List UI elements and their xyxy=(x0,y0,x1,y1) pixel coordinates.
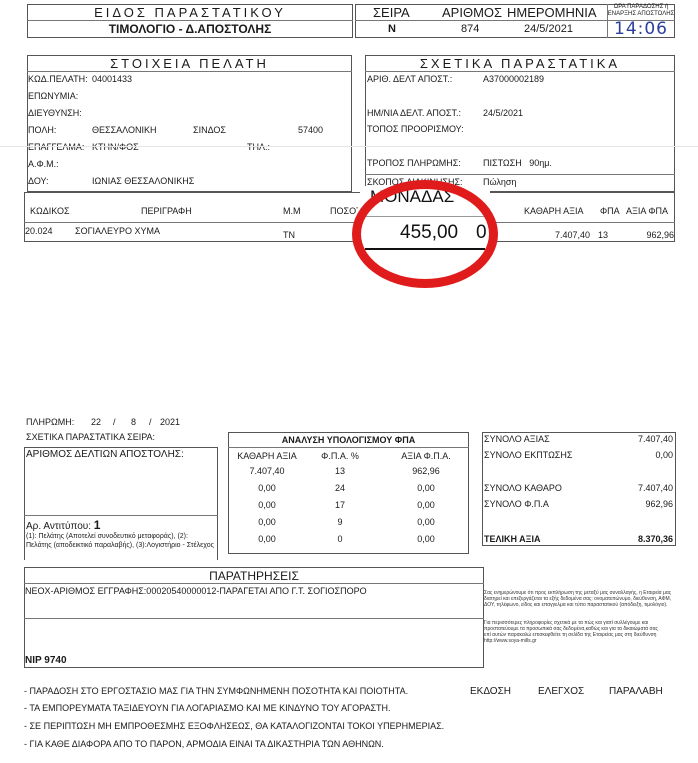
vat-col-header: Φ.Π.Α. % xyxy=(305,451,375,461)
col-unit: Μ.Μ xyxy=(283,206,301,216)
vat-cell: 0,00 xyxy=(388,517,464,527)
vat-cell: 9 xyxy=(305,517,375,527)
delivery-note-date-label: ΗΜ/ΝΙΑ ΔΕΛΤ. ΑΠΟΣΤ.: xyxy=(367,108,461,118)
item-vat-value: 962,96 xyxy=(620,230,674,240)
delivery-note-date-value: 24/5/2021 xyxy=(483,108,523,118)
vat-cell: 0,00 xyxy=(388,534,464,544)
date-separator: / xyxy=(113,417,116,427)
doc-type-value: ΤΙΜΟΛΟΓΙΟ - Δ.ΑΠΟΣΤΟΛΗΣ xyxy=(27,22,353,36)
customer-tax-office-value: ΙΩΝΙΑΣ ΘΕΣΣΑΛΟΝΙΚΗΣ xyxy=(92,176,194,186)
customer-phone-label: ΤΗΛ.: xyxy=(247,142,270,152)
customer-name-label: ΕΠΩΝΥΜΙΑ: xyxy=(28,91,78,101)
destination-label: ΤΟΠΟΣ ΠΡΟΟΡΙΣΜΟΥ: xyxy=(367,124,464,134)
red-circle-annotation xyxy=(352,180,498,288)
divider xyxy=(24,515,218,516)
vat-cell: 0,00 xyxy=(232,517,302,527)
vat-analysis-title: ΑΝΑΛΥΣΗ ΥΠΟΛΟΓΙΣΜΟΥ ΦΠΑ xyxy=(228,435,469,445)
customer-city-value: ΘΕΣΣΑΛΟΝΙΚΗ xyxy=(92,125,156,135)
payment-due-year: 2021 xyxy=(160,417,180,427)
series-value: N xyxy=(388,23,396,35)
divider xyxy=(24,222,675,223)
customer-vat-label: Α.Φ.Μ.: xyxy=(28,159,59,169)
divider xyxy=(365,174,675,175)
issue-label: ΕΚΔΟΣΗ xyxy=(470,686,511,697)
delivery-notes-label: ΑΡΙΘΜΟΣ ΔΕΛΤΙΩΝ ΑΠΟΣΤΟΛΗΣ: xyxy=(26,449,184,460)
item-unit: ΤΝ xyxy=(283,230,295,240)
vat-cell: 0,00 xyxy=(232,483,302,493)
nip-number: NIP 9740 xyxy=(25,655,67,666)
divider xyxy=(228,447,469,448)
customer-code-value: 04001433 xyxy=(92,74,132,84)
vat-cell: 962,96 xyxy=(388,466,464,476)
footer-term-4: - ΓΙΑ ΚΑΘΕ ΔΙΑΦΟΡΑ ΑΠΟ ΤΟ ΠΑΡΟΝ, ΑΡΜΟΔΙΑ… xyxy=(24,739,384,749)
customer-city-label: ΠΟΛΗ: xyxy=(28,125,56,135)
item-vat-rate: 13 xyxy=(598,230,608,240)
vat-cell: 7.407,40 xyxy=(232,466,302,476)
customer-code-label: ΚΩΔ.ΠΕΛΑΤΗ: xyxy=(28,74,88,84)
customer-tax-office-label: ΔΟΥ: xyxy=(28,176,49,186)
vat-cell: 0,00 xyxy=(388,500,464,510)
total-label: ΣΥΝΟΛΟ Φ.Π.Α xyxy=(484,499,549,509)
copy-label-text: Αρ. Αντιτύπου: xyxy=(26,521,91,532)
customer-title: ΣΤΟΙΧΕΙΑ ΠΕΛΑΤΗ xyxy=(27,56,352,71)
customer-address-label: ΔΙΕΥΘΥΝΣΗ: xyxy=(28,108,82,118)
vat-cell: 0,00 xyxy=(232,534,302,544)
total-value: 0,00 xyxy=(600,450,673,460)
number-label: ΑΡΙΘΜΟΣ xyxy=(442,5,502,20)
total-value: 962,96 xyxy=(600,499,673,509)
col-net-value: ΚΑΘΑΡΗ ΑΞΙΑ xyxy=(524,206,584,216)
remarks-title: ΠΑΡΑΤΗΡΗΣΕΙΣ xyxy=(24,569,484,583)
col-vat: ΦΠΑ xyxy=(600,206,620,216)
footer-term-2: - ΤΑ ΕΜΠΟΡΕΥΜΑΤΑ ΤΑΞΙΔΕΥΟΥΝ ΓΙΑ ΛΟΓΑΡΙΑΣ… xyxy=(24,703,391,713)
item-net-value: 7.407,40 xyxy=(520,230,590,240)
copy-legend: (1): Πελάτης (Αποτελεί συνοδευτικό μεταφ… xyxy=(26,533,214,550)
divider xyxy=(365,71,675,72)
col-vat-value: ΑΞΙΑ ΦΠΑ xyxy=(626,206,668,216)
payment-due-label: ΠΛΗΡΩΜΗ: xyxy=(26,417,74,427)
total-label: ΣΥΝΟΛΟ ΕΚΠΤΩΣΗΣ xyxy=(484,450,572,460)
footer-term-1: - ΠΑΡΑΔΟΣΗ ΣΤΟ ΕΡΓΟΣΤΑΣΙΟ ΜΑΣ ΓΙΑ ΤΗΝ ΣΥ… xyxy=(24,686,408,696)
item-code: 20.024 xyxy=(25,226,53,236)
col-quantity: ΠΟΣΟΤΗΤΑ xyxy=(330,206,358,216)
date-value: 24/5/2021 xyxy=(524,23,573,35)
related-series-label: ΣΧΕΤΙΚΑ ΠΑΡΑΣΤΑΤΙΚΑ ΣΕΙΡΑ: xyxy=(26,432,155,442)
related-docs-title: ΣΧΕΤΙΚΑ ΠΑΡΑΣΤΑΤΙΚΑ xyxy=(365,56,675,71)
vat-cell: 17 xyxy=(305,500,375,510)
customer-zip-value: 57400 xyxy=(298,125,323,135)
time-label: ΩΡΑ ΠΑΡΑΔΟΣΗΣ ή ΕΝΑΡΞΗΣ ΑΠΟΣΤΟΛΗΣ xyxy=(607,4,675,18)
copy-number: 1 xyxy=(94,518,101,532)
col-code: ΚΩΔΙΚΟΣ xyxy=(30,206,70,216)
divider xyxy=(27,71,352,72)
privacy-note-2: Για περισσότερες πληροφορίες σχετικά με … xyxy=(484,620,664,644)
time-label-line1: ΩΡΑ ΠΑΡΑΔΟΣΗΣ ή xyxy=(607,4,675,11)
customer-profession-value: ΚΤΗΝ/ΦΟΣ xyxy=(92,142,139,152)
date-separator: / xyxy=(149,417,152,427)
privacy-note-1: Σας ενημερώνουμε ότι προς εκπλήρωση της … xyxy=(484,590,674,608)
vat-col-header: ΑΞΙΑ Φ.Π.Α. xyxy=(388,451,464,461)
vat-cell: 0,00 xyxy=(388,483,464,493)
total-label: ΣΥΝΟΛΟ ΑΞΙΑΣ xyxy=(484,434,550,444)
customer-area-value: ΣΙΝΔΟΣ xyxy=(193,125,226,135)
divider xyxy=(27,20,353,21)
payment-due-day: 22 xyxy=(91,417,101,427)
remarks-line: ΝΕΟΧ-ΑΡΙΘΜΟΣ ΕΓΓΡΑΦΗΣ:00020540000012-ΠΑΡ… xyxy=(25,586,367,596)
payment-due-month: 8 xyxy=(131,417,136,427)
vat-cell: 0,00 xyxy=(232,500,302,510)
vat-cell: 13 xyxy=(305,466,375,476)
payment-method-value: ΠΙΣΤΩΣΗ 90ημ. xyxy=(483,158,552,168)
total-label: ΤΕΛΙΚΗ ΑΞΙΑ xyxy=(484,534,540,544)
series-label: ΣΕΙΡΑ xyxy=(373,5,410,20)
total-value: 7.407,40 xyxy=(600,483,673,493)
doc-type-label: ΕΙΔΟΣ ΠΑΡΑΣΤΑΤΙΚΟΥ xyxy=(27,5,353,20)
divider xyxy=(24,583,484,584)
time-value-handwritten: 14:06 xyxy=(614,19,668,39)
col-description: ΠΕΡΙΓΡΑΦΗ xyxy=(141,206,192,216)
time-label-line2: ΕΝΑΡΞΗΣ ΑΠΟΣΤΟΛΗΣ xyxy=(607,11,675,18)
receipt-label: ΠΑΡΑΛΑΒΗ xyxy=(609,686,663,697)
total-label: ΣΥΝΟΛΟ ΚΑΘΑΡΟ xyxy=(484,483,562,493)
number-value: 874 xyxy=(461,23,479,35)
payment-method-label: ΤΡΟΠΟΣ ΠΛΗΡΩΜΗΣ: xyxy=(367,158,461,168)
date-label: ΗΜΕΡΟΜΗΝΙΑ xyxy=(507,5,597,20)
delivery-note-no-value: A37000002189 xyxy=(483,74,544,84)
divider xyxy=(24,618,484,619)
delivery-note-no-label: ΑΡΙΘ. ΔΕΛΤ ΑΠΟΣΤ.: xyxy=(367,74,452,84)
total-value: 7.407,40 xyxy=(600,434,673,444)
vat-col-header: ΚΑΘΑΡΗ ΑΞΙΑ xyxy=(232,451,302,461)
customer-profession-label: ΕΠΑΓΓΕΛΜΑ: xyxy=(28,142,84,152)
vat-cell: 24 xyxy=(305,483,375,493)
vat-cell: 0 xyxy=(305,534,375,544)
divider xyxy=(0,146,698,147)
footer-term-3: - ΣΕ ΠΕΡΙΠΤΩΣΗ ΜΗ ΕΜΠΡΟΘΕΣΜΗΣ ΕΞΟΦΛΗΣΕΩΣ… xyxy=(24,721,444,731)
item-description: ΣΟΓΙΑΛΕΥΡΟ ΧΥΜΑ xyxy=(75,226,160,236)
check-label: ΕΛΕΓΧΟΣ xyxy=(538,686,584,697)
copy-label: Αρ. Αντιτύπου: 1 xyxy=(26,518,100,532)
total-value: 8.370,36 xyxy=(600,534,673,544)
